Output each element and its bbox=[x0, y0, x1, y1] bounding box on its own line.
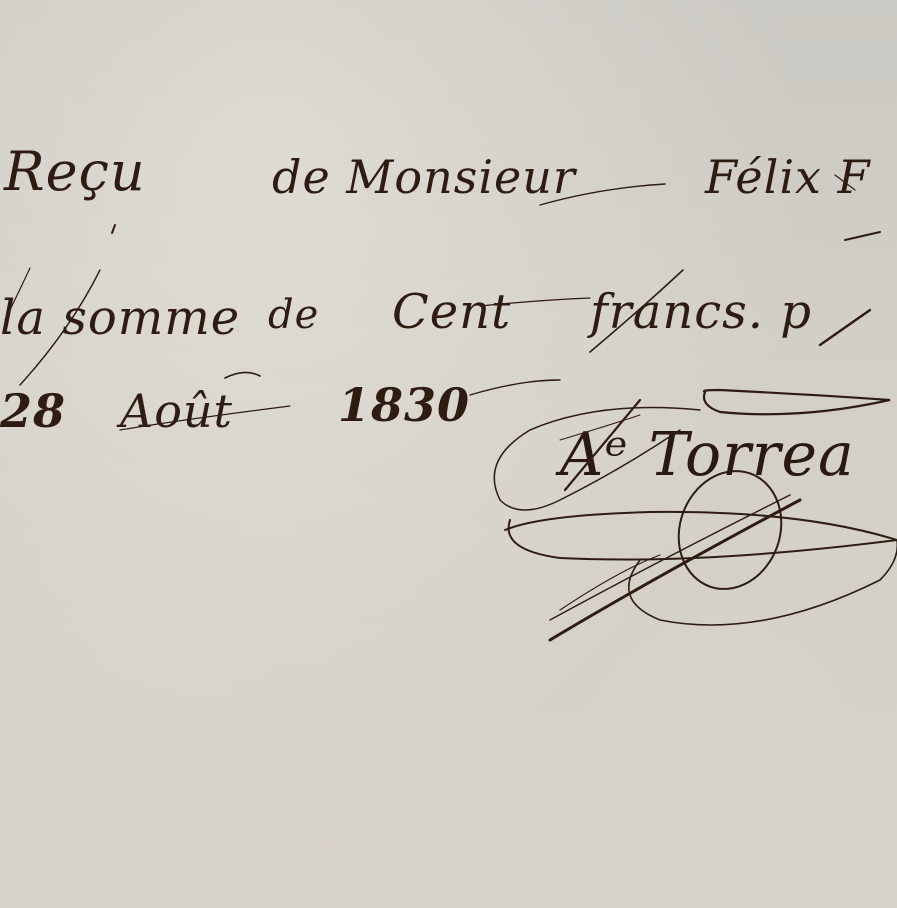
signature-flourish bbox=[0, 0, 897, 908]
